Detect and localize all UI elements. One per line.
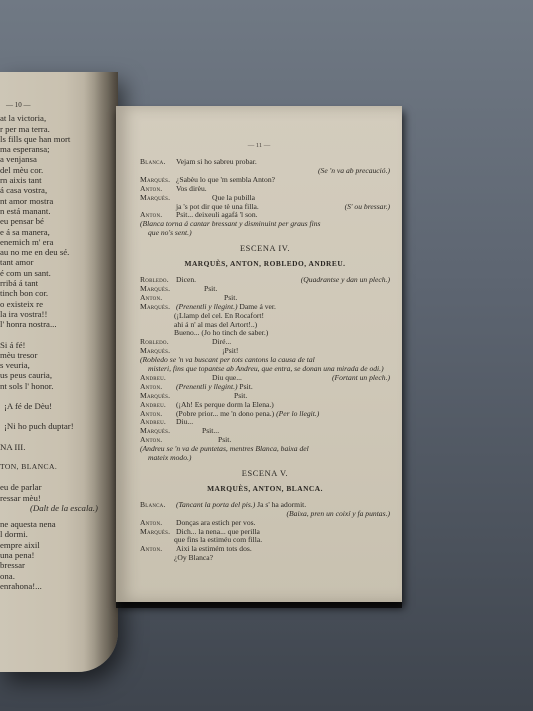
speech: Diré...	[176, 338, 390, 347]
text-line: mèu tresor	[0, 350, 110, 360]
text-line: enrahona!...	[0, 581, 110, 591]
text-line: l dormi.	[0, 529, 110, 539]
speech: ¡Psit!	[176, 347, 390, 356]
text-line: ona.	[0, 571, 110, 581]
text-line: del mèu cor.	[0, 165, 110, 175]
dialogue-line: Anton.Aixi la estimém tots dos.	[140, 545, 390, 554]
spacer	[0, 330, 110, 340]
dialogue-line: Marquès.Dich... la nena... que perilla	[140, 528, 390, 537]
speaker-name: Marquès.	[140, 303, 176, 312]
dialogue-line: Andreu.Diu...	[140, 418, 390, 427]
text-line: rn aixis tant	[0, 175, 110, 185]
stage-direction: (Tancant la porta del pis.)	[176, 500, 255, 509]
dialogue-line: Blanca.Vejam si ho sabreu probar.	[140, 158, 390, 167]
text-line: l' honra nostra...	[0, 319, 110, 329]
speech-text: Diu que...	[176, 373, 242, 382]
text-line: tant amor	[0, 257, 110, 267]
speech-text: ja 's pot dir que tè una filla.	[176, 202, 259, 211]
spacer	[0, 391, 110, 401]
stage-direction: (Andreu se 'n va de puntetas, mentres Bl…	[140, 445, 390, 463]
speech: Dich... la nena... que perilla	[176, 528, 390, 537]
spacer	[0, 432, 110, 442]
right-page-number: — 11 —	[116, 142, 402, 149]
text-line: ressar mèu!	[0, 493, 110, 503]
speech: ¿Oy Blanca?	[140, 554, 390, 563]
dialogue-line: Robledo.Diré...	[140, 338, 390, 347]
text-line: rribá á tant	[0, 278, 110, 288]
text-line: nt sols l' honor.	[0, 381, 110, 391]
right-book-page: — 11 — Blanca.Vejam si ho sabreu probar.…	[116, 106, 402, 602]
stage-direction: (Blanca torna á cantar bressant y dismin…	[140, 220, 390, 238]
text-line: ¡Ni ho puch duptar!	[0, 421, 110, 431]
right-page-text: Blanca.Vejam si ho sabreu probar. (Se 'n…	[140, 158, 390, 563]
speech-text: Psit.	[239, 382, 252, 391]
dialogue-line: Marquès.Psit...	[140, 427, 390, 436]
text-line: á casa vostra,	[0, 185, 110, 195]
scene-heading: ESCENA IV.	[140, 245, 390, 254]
text-line: tinch bon cor.	[0, 288, 110, 298]
text-line: at la victoria,	[0, 113, 110, 123]
speaker-name: Blanca.	[140, 158, 176, 167]
dialogue-line: Anton.Psit.	[140, 436, 390, 445]
speech: ¿Sabèu lo que 'm sembla Anton?	[176, 176, 390, 185]
text-line: r per ma terra.	[0, 124, 110, 134]
text-line: una pena!	[0, 550, 110, 560]
scene-heading: ESCENA V.	[140, 470, 390, 479]
speech-text: Dame á ver.	[239, 302, 275, 311]
stage-text: (Robledo se 'n va buscant per tots canto…	[140, 355, 315, 364]
stage-direction: (Robledo se 'n va buscant per tots canto…	[140, 356, 390, 374]
text-line: ¡A fé de Dèu!	[0, 401, 110, 411]
dialogue-line: Anton.Psit... deixeuli agafá 'l son.	[140, 211, 390, 220]
stage-direction: (Quadrantse y dan un plech.)	[301, 276, 390, 285]
left-book-page: — 10 — at la victoria, r per ma terra. l…	[0, 72, 118, 672]
spacer	[0, 452, 110, 462]
text-line: e á sa manera,	[0, 227, 110, 237]
speech: Vejam si ho sabreu probar.	[176, 158, 390, 167]
cast-list: MARQUÈS, ANTON, ROBLEDO, ANDREU.	[140, 260, 390, 269]
stage-direction: (Prenentli y llegint.)	[176, 302, 238, 311]
scene-heading: NA III.	[0, 442, 110, 452]
dialogue-line: Anton.Vos dirèu.	[140, 185, 390, 194]
cast-list: MARQUÈS, ANTON, BLANCA.	[140, 485, 390, 494]
text-line: bressar	[0, 560, 110, 570]
text-line: é com un sant.	[0, 268, 110, 278]
stage-text: mateix modo.)	[140, 454, 390, 463]
speech: (Pobre prior... me 'n dono pena.) (Per l…	[176, 410, 390, 419]
stage-direction: (S' ou bressar.)	[345, 203, 390, 212]
speaker-name: Anton.	[140, 545, 176, 554]
speech-text: Dicen.	[176, 275, 196, 284]
stage-direction: (Dalt de la escala.)	[0, 503, 110, 513]
text-line: ls fills que han mort	[0, 134, 110, 144]
text-line: n está manant.	[0, 206, 110, 216]
left-page-number: — 10 —	[0, 100, 110, 110]
speech: Vos dirèu.	[176, 185, 390, 194]
stage-text: que no's sent.)	[140, 229, 390, 238]
text-line: la ira vostra!!	[0, 309, 110, 319]
speech-text: (Pobre prior... me 'n dono pena.)	[176, 409, 274, 418]
stage-direction: (Per lo llegit.)	[276, 409, 319, 418]
dialogue-line: Blanca.(Tancant la porta del pis.) Ja s'…	[140, 501, 390, 510]
text-line: s veuria,	[0, 360, 110, 370]
spacer	[0, 411, 110, 421]
text-line: o existeix re	[0, 299, 110, 309]
photo-scene: — 10 — at la victoria, r per ma terra. l…	[0, 0, 533, 711]
stage-direction: (Prenentli y llegint.)	[176, 382, 238, 391]
dialogue-line: Robledo.Dicen.(Quadrantse y dan un plech…	[140, 276, 390, 285]
text-line: eu pensar bé	[0, 216, 110, 226]
speech: Psit...	[176, 427, 390, 436]
text-line: us peus cauria,	[0, 370, 110, 380]
stage-direction: (Fortant un plech.)	[332, 374, 390, 383]
text-line: Si á fé!	[0, 340, 110, 350]
speech: (Tancant la porta del pis.) Ja s' ha ado…	[176, 501, 390, 510]
speech: (Prenentli y llegint.) Dame á ver.	[176, 303, 390, 312]
text-line: nt amor mostra	[0, 196, 110, 206]
stage-text: (Blanca torna á cantar bressant y dismin…	[140, 219, 321, 228]
text-line: au no me en deu sé.	[0, 247, 110, 257]
text-line: ma esperansa;	[0, 144, 110, 154]
spacer	[0, 472, 110, 482]
speech-text: Ja s' ha adormit.	[257, 500, 306, 509]
speaker-name: Blanca.	[140, 501, 176, 510]
left-page-text: — 10 — at la victoria, r per ma terra. l…	[0, 100, 110, 591]
text-line: ne aquesta nena	[0, 519, 110, 529]
dialogue-line: Marquès.Psit.	[140, 285, 390, 294]
speech: Bueno... (Jo ho tinch de saber.)	[140, 329, 390, 338]
speech: Psit.	[176, 285, 390, 294]
text-line: empre aixil	[0, 540, 110, 550]
speaker-name: Marquès.	[140, 194, 176, 203]
speech: Aixi la estimém tots dos.	[176, 545, 390, 554]
stage-text: (Andreu se 'n va de puntetas, mentres Bl…	[140, 444, 309, 453]
speech: (Prenentli y llegint.) Psit.	[176, 383, 390, 392]
dialogue-line: Marquès.¡Psit!	[140, 347, 390, 356]
speech: Psit... deixeuli agafá 'l son.	[176, 211, 390, 220]
text-line: eu de parlar	[0, 482, 110, 492]
speaker-name: Marquès.	[140, 528, 176, 537]
cast-list: TON, BLANCA.	[0, 462, 110, 472]
dialogue-line: Marquès.(Prenentli y llegint.) Dame á ve…	[140, 303, 390, 312]
dialogue-line: Anton.(Prenentli y llegint.) Psit.	[140, 383, 390, 392]
speech: Psit.	[176, 436, 390, 445]
text-line: a venjansa	[0, 154, 110, 164]
text-line: enemich m' era	[0, 237, 110, 247]
